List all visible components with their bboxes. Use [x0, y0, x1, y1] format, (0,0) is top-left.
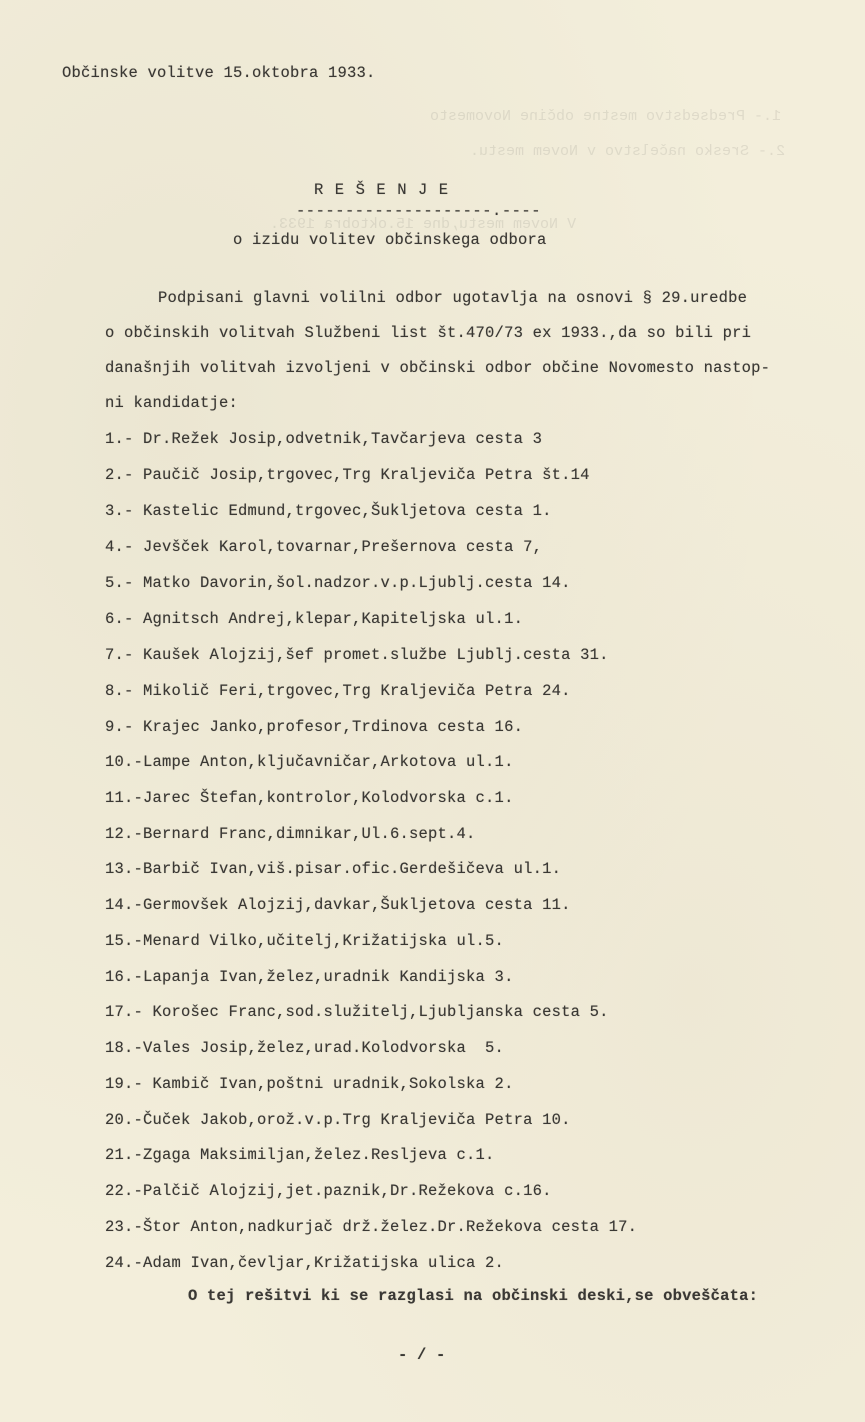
- intro-paragraph-line: Podpisani glavni volilni odbor ugotavlja…: [158, 289, 747, 307]
- intro-paragraph-line: ni kandidatje:: [105, 394, 238, 412]
- list-item: 21.-Zgaga Maksimiljan,želez.Resljeva c.1…: [105, 1146, 495, 1164]
- document-header: Občinske volitve 15.oktobra 1933.: [62, 64, 376, 82]
- list-item: 10.-Lampe Anton,ključavničar,Arkotova ul…: [105, 753, 514, 771]
- list-item: 5.- Matko Davorin,šol.nadzor.v.p.Ljublj.…: [105, 574, 571, 592]
- list-item: 9.- Krajec Janko,profesor,Trdinova cesta…: [105, 718, 523, 736]
- page-continuation-mark: - / -: [398, 1346, 446, 1364]
- list-item: 8.- Mikolič Feri,trgovec,Trg Kraljeviča …: [105, 682, 571, 700]
- intro-paragraph-line: o občinskih volitvah Službeni list št.47…: [105, 324, 751, 342]
- closing-statement: O tej rešitvi ki se razglasi na občinski…: [188, 1287, 758, 1305]
- list-item: 24.-Adam Ivan,čevljar,Križatijska ulica …: [105, 1254, 504, 1272]
- list-item: 22.-Palčič Alojzij,jet.paznik,Dr.Režekov…: [105, 1182, 552, 1200]
- list-item: 4.- Jevšček Karol,tovarnar,Prešernova ce…: [105, 538, 542, 556]
- list-item: 2.- Paučič Josip,trgovec,Trg Kraljeviča …: [105, 466, 590, 484]
- list-item: 15.-Menard Vilko,učitelj,Križatijska ul.…: [105, 932, 504, 950]
- list-item: 16.-Lapanja Ivan,želez,uradnik Kandijska…: [105, 968, 514, 986]
- title-underline: --------------------.----: [296, 202, 541, 220]
- list-item: 14.-Germovšek Alojzij,davkar,Šukljetova …: [105, 896, 571, 914]
- list-item: 17.- Korošec Franc,sod.služitelj,Ljublja…: [105, 1003, 609, 1021]
- list-item: 20.-Čuček Jakob,orož.v.p.Trg Kraljeviča …: [105, 1111, 571, 1129]
- intro-paragraph-line: današnjih volitvah izvoljeni v občinski …: [105, 359, 770, 377]
- list-item: 12.-Bernard Franc,dimnikar,Ul.6.sept.4.: [105, 825, 476, 843]
- bleed-through-line: 1.- Predsedstvo mestne občine Novomesto: [430, 108, 781, 125]
- list-item: 7.- Kaušek Alojzij,šef promet.službe Lju…: [105, 646, 609, 664]
- list-item: 13.-Barbič Ivan,viš.pisar.ofic.Gerdešiče…: [105, 860, 561, 878]
- document-title: REŠENJE: [314, 181, 460, 199]
- list-item: 6.- Agnitsch Andrej,klepar,Kapiteljska u…: [105, 610, 523, 628]
- bleed-through-line: 2.- Sresko načelstvo v Novem mestu.: [470, 143, 785, 160]
- document-subtitle: o izidu volitev občinskega odbora: [233, 231, 547, 249]
- list-item: 18.-Vales Josip,želez,urad.Kolodvorska 5…: [105, 1039, 504, 1057]
- list-item: 19.- Kambič Ivan,poštni uradnik,Sokolska…: [105, 1075, 514, 1093]
- list-item: 3.- Kastelic Edmund,trgovec,Šukljetova c…: [105, 502, 552, 520]
- list-item: 11.-Jarec Štefan,kontrolor,Kolodvorska c…: [105, 789, 514, 807]
- list-item: 23.-Štor Anton,nadkurjač drž.želez.Dr.Re…: [105, 1218, 637, 1236]
- list-item: 1.- Dr.Režek Josip,odvetnik,Tavčarjeva c…: [105, 430, 542, 448]
- document-page: 1.- Predsedstvo mestne občine Novomesto …: [0, 0, 865, 1422]
